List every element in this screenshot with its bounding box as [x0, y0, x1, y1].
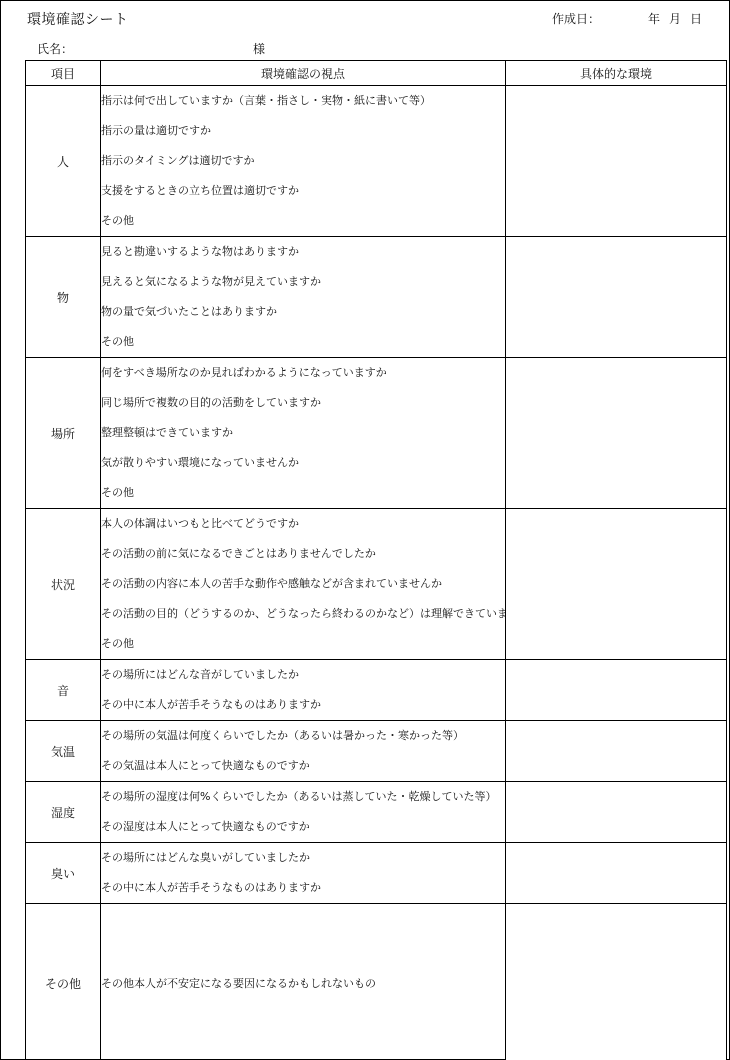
specific-environment-field[interactable]	[506, 509, 727, 660]
row-item-label: 湿度	[26, 782, 101, 843]
viewpoint-text: その活動の前に気になるできごとはありませんでしたか	[101, 539, 505, 569]
name-label: 氏名：	[37, 40, 73, 57]
viewpoint-text: その場所にはどんな音がしていましたか	[101, 660, 505, 690]
viewpoint-text: 支援をするときの立ち位置は適切ですか	[101, 176, 505, 206]
row-item-label: 場所	[26, 358, 101, 509]
table-row: 湿度その場所の湿度は何%くらいでしたか（あるいは蒸していた・乾燥していた等）その…	[26, 782, 727, 843]
viewpoint-text: その湿度は本人にとって快適なものですか	[101, 812, 505, 842]
column-header-viewpoint: 環境確認の視点	[101, 61, 506, 86]
row-item-label: 臭い	[26, 843, 101, 904]
row-item-label: 音	[26, 660, 101, 721]
table-row: 場所何をすべき場所なのか見ればわかるようになっていますか同じ場所で複数の目的の活…	[26, 358, 727, 509]
viewpoint-text: その他本人が不安定になる要因になるかもしれないもの	[101, 905, 505, 1060]
date-month-label: 月	[669, 10, 681, 27]
row-item-label: その他	[26, 904, 101, 1060]
viewpoint-text: その活動の目的（どうするのか、どうなったら終わるのかなど）は理解できていますか	[101, 599, 505, 629]
viewpoint-text: その他	[101, 478, 505, 508]
table-row: その他その他本人が不安定になる要因になるかもしれないもの	[26, 904, 727, 1060]
specific-environment-field[interactable]	[506, 86, 727, 237]
viewpoint-text: その場所にはどんな臭いがしていましたか	[101, 843, 505, 873]
row-item-label: 気温	[26, 721, 101, 782]
viewpoint-text: 指示のタイミングは適切ですか	[101, 146, 505, 176]
name-honorific: 様	[253, 40, 265, 57]
row-viewpoints: その場所の気温は何度くらいでしたか（あるいは暑かった・寒かった等）その気温は本人…	[101, 721, 506, 782]
viewpoint-text: その他	[101, 629, 505, 659]
viewpoint-text: 整理整頓はできていますか	[101, 418, 505, 448]
sheet-title: 環境確認シート	[27, 9, 129, 29]
row-viewpoints: その場所の湿度は何%くらいでしたか（あるいは蒸していた・乾燥していた等）その湿度…	[101, 782, 506, 843]
table-header-row: 項目 環境確認の視点 具体的な環境	[26, 61, 727, 86]
row-viewpoints: その場所にはどんな臭いがしていましたかその中に本人が苦手そうなものはありますか	[101, 843, 506, 904]
date-year-label: 年	[648, 10, 660, 27]
date-day-label: 日	[690, 10, 702, 27]
specific-environment-field[interactable]	[506, 843, 727, 904]
row-item-label: 状況	[26, 509, 101, 660]
viewpoint-text: その活動の内容に本人の苦手な動作や感触などが含まれていませんか	[101, 569, 505, 599]
viewpoint-text: 本人の体調はいつもと比べてどうですか	[101, 509, 505, 539]
column-header-item: 項目	[26, 61, 101, 86]
viewpoint-text: 気が散りやすい環境になっていませんか	[101, 448, 505, 478]
specific-environment-field[interactable]	[506, 237, 727, 358]
viewpoint-text: 同じ場所で複数の目的の活動をしていますか	[101, 388, 505, 418]
table-row: 状況本人の体調はいつもと比べてどうですかその活動の前に気になるできごとはありませ…	[26, 509, 727, 660]
viewpoint-text: その気温は本人にとって快適なものですか	[101, 751, 505, 781]
row-viewpoints: その他本人が不安定になる要因になるかもしれないもの	[101, 904, 506, 1060]
viewpoint-text: その他	[101, 327, 505, 357]
row-viewpoints: 見ると勘違いするような物はありますか見えると気になるような物が見えていますか物の…	[101, 237, 506, 358]
specific-environment-field[interactable]	[506, 782, 727, 843]
row-viewpoints: 何をすべき場所なのか見ればわかるようになっていますか同じ場所で複数の目的の活動を…	[101, 358, 506, 509]
viewpoint-text: 何をすべき場所なのか見ればわかるようになっていますか	[101, 358, 505, 388]
specific-environment-field[interactable]	[506, 904, 727, 1060]
viewpoint-text: 指示の量は適切ですか	[101, 116, 505, 146]
environment-check-table: 項目 環境確認の視点 具体的な環境 人指示は何で出していますか（言葉・指さし・実…	[25, 60, 727, 1060]
viewpoint-text: その中に本人が苦手そうなものはありますか	[101, 690, 505, 720]
row-viewpoints: その場所にはどんな音がしていましたかその中に本人が苦手そうなものはありますか	[101, 660, 506, 721]
viewpoint-text: その中に本人が苦手そうなものはありますか	[101, 873, 505, 903]
viewpoint-text: 指示は何で出していますか（言葉・指さし・実物・紙に書いて等）	[101, 86, 505, 116]
table-row: 物見ると勘違いするような物はありますか見えると気になるような物が見えていますか物…	[26, 237, 727, 358]
viewpoint-text: その場所の気温は何度くらいでしたか（あるいは暑かった・寒かった等）	[101, 721, 505, 751]
table-row: 人指示は何で出していますか（言葉・指さし・実物・紙に書いて等）指示の量は適切です…	[26, 86, 727, 237]
row-item-label: 物	[26, 237, 101, 358]
specific-environment-field[interactable]	[506, 721, 727, 782]
specific-environment-field[interactable]	[506, 660, 727, 721]
table-row: 臭いその場所にはどんな臭いがしていましたかその中に本人が苦手そうなものはあります…	[26, 843, 727, 904]
table-row: 音その場所にはどんな音がしていましたかその中に本人が苦手そうなものはありますか	[26, 660, 727, 721]
viewpoint-text: 見ると勘違いするような物はありますか	[101, 237, 505, 267]
column-header-environment: 具体的な環境	[506, 61, 727, 86]
specific-environment-field[interactable]	[506, 358, 727, 509]
viewpoint-text: 見えると気になるような物が見えていますか	[101, 267, 505, 297]
creation-date-label: 作成日：	[552, 10, 600, 27]
table-row: 気温その場所の気温は何度くらいでしたか（あるいは暑かった・寒かった等）その気温は…	[26, 721, 727, 782]
viewpoint-text: その他	[101, 206, 505, 236]
viewpoint-text: その場所の湿度は何%くらいでしたか（あるいは蒸していた・乾燥していた等）	[101, 782, 505, 812]
row-item-label: 人	[26, 86, 101, 237]
row-viewpoints: 指示は何で出していますか（言葉・指さし・実物・紙に書いて等）指示の量は適切ですか…	[101, 86, 506, 237]
viewpoint-text: 物の量で気づいたことはありますか	[101, 297, 505, 327]
row-viewpoints: 本人の体調はいつもと比べてどうですかその活動の前に気になるできごとはありませんで…	[101, 509, 506, 660]
